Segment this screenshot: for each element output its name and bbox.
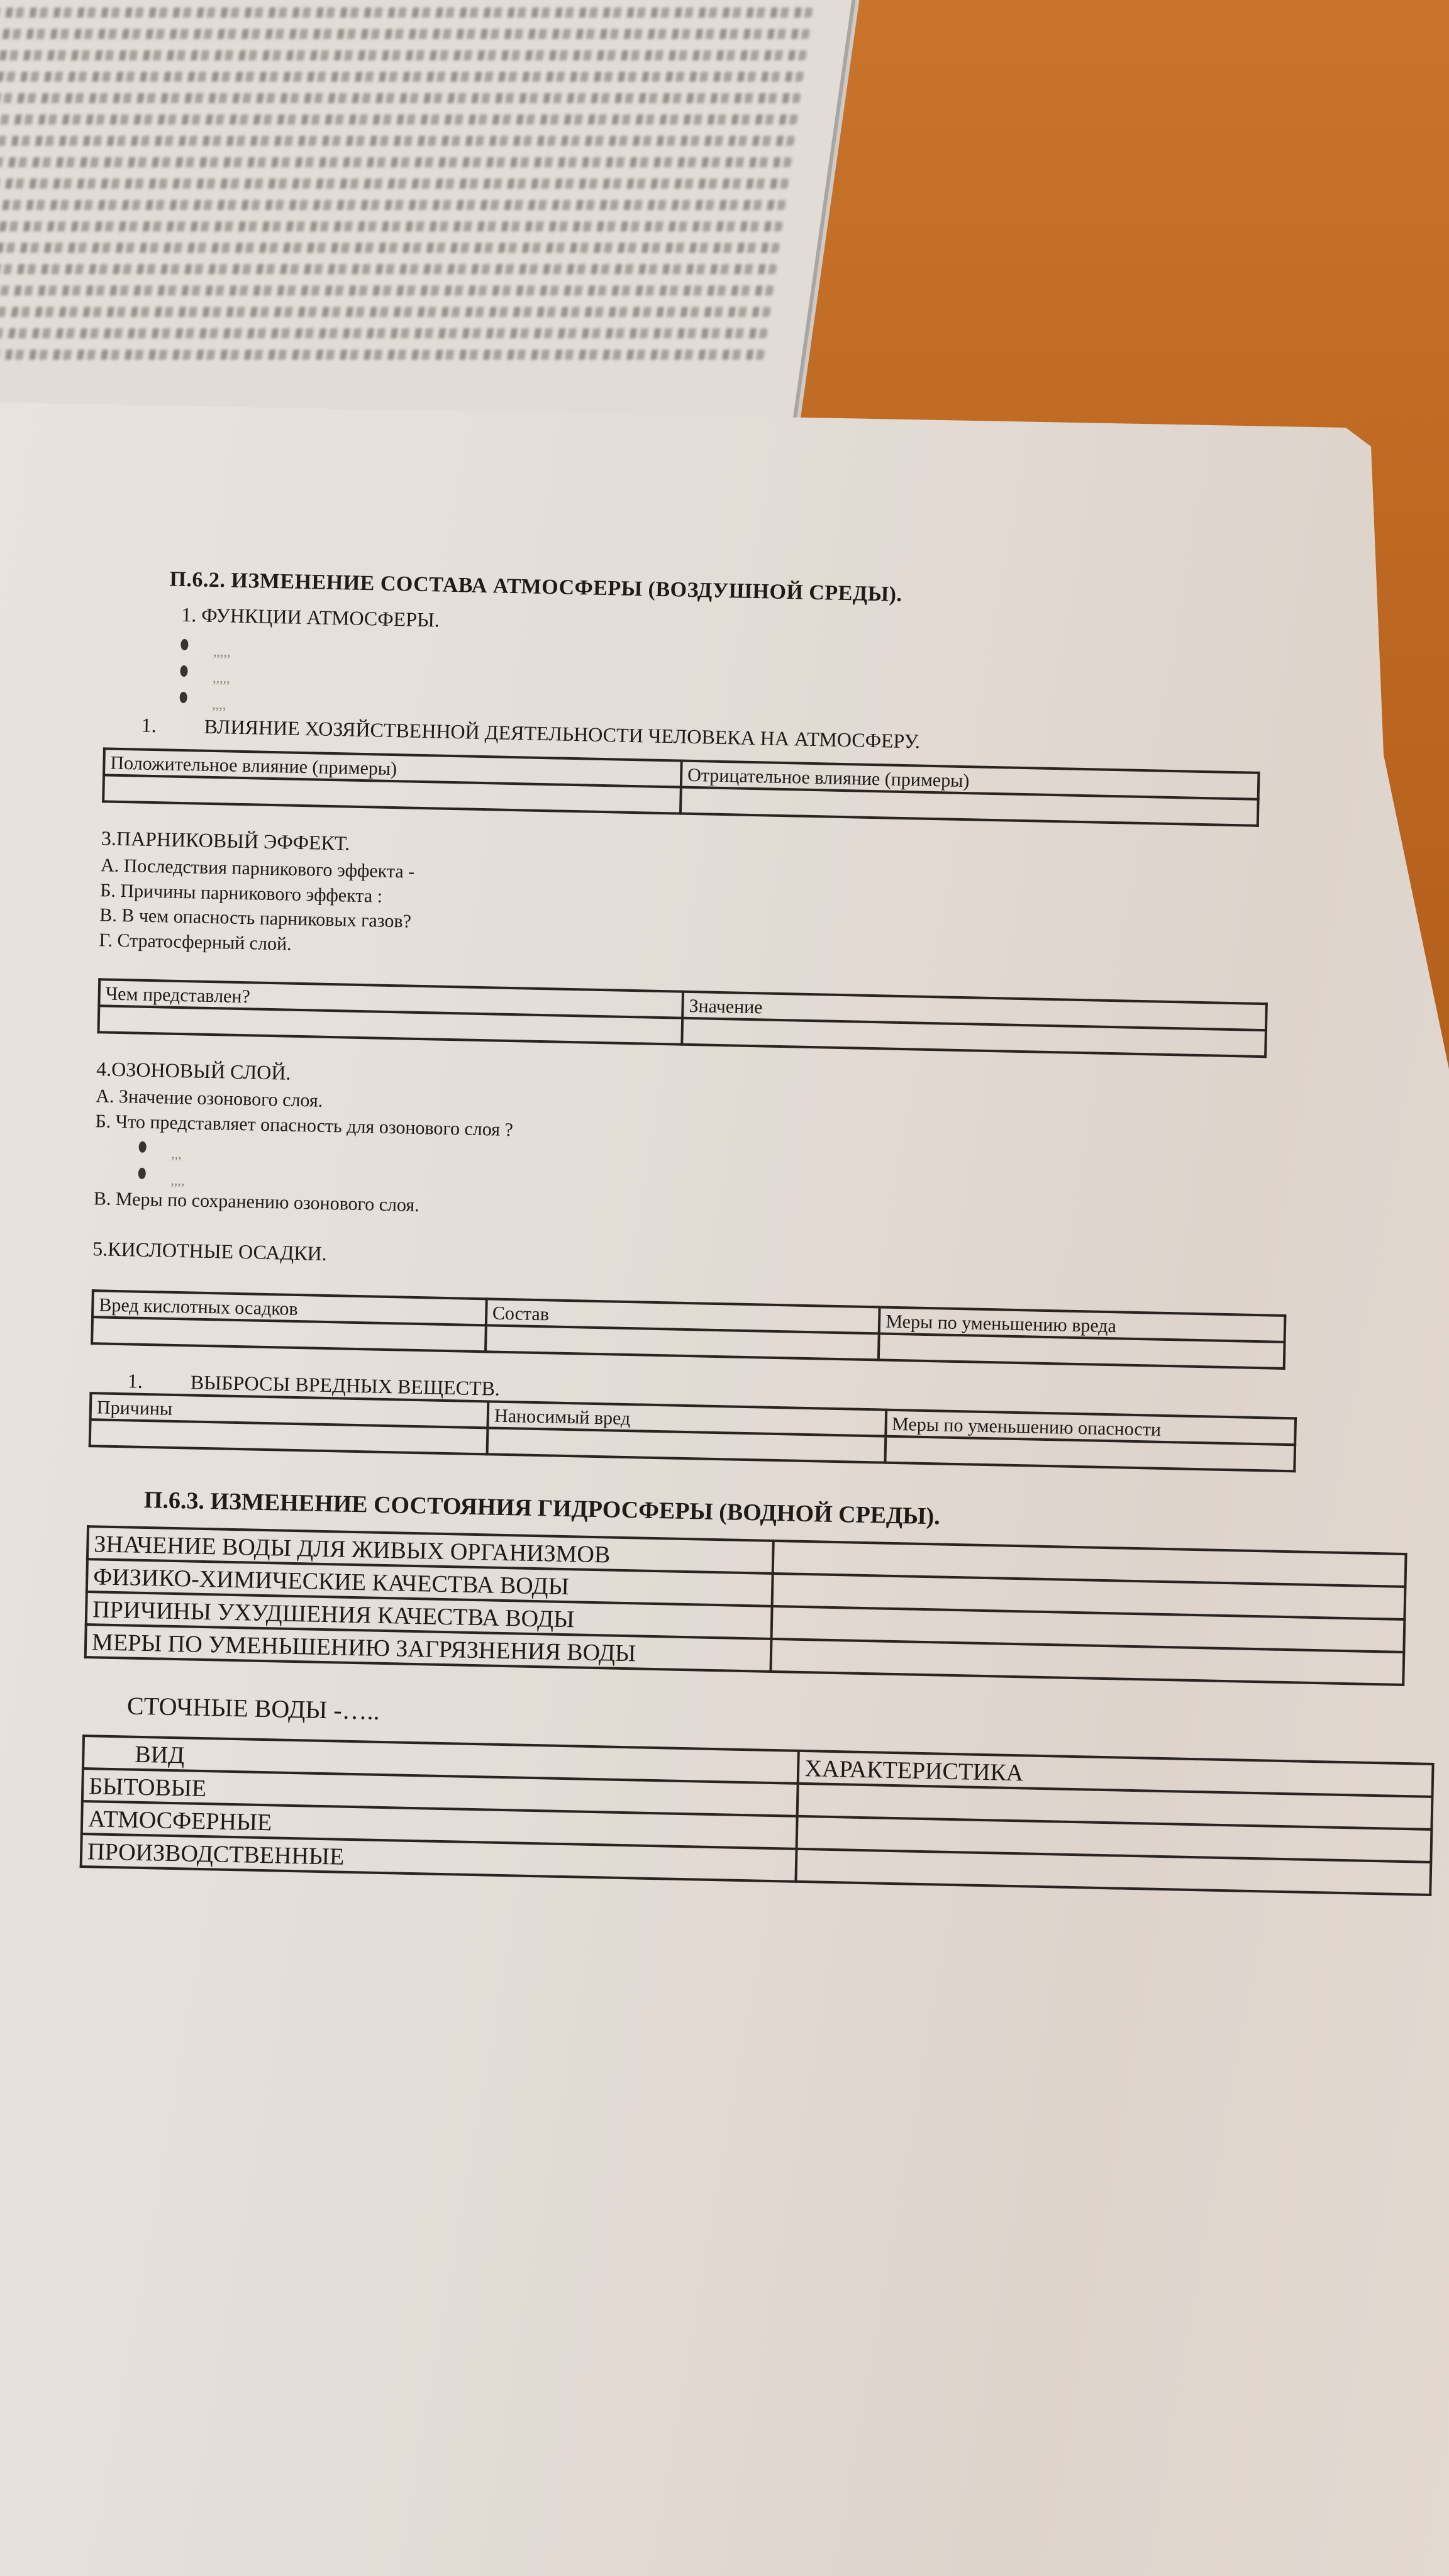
bullet-icon [138, 1168, 146, 1179]
impact-table: Положительное влияние (примеры) Отрицате… [102, 747, 1260, 827]
bullet-icon [180, 639, 188, 650]
bullet-icon [180, 665, 187, 677]
worksheet-content: П.6.2. ИЗМЕНЕНИЕ СОСТАВА АТМОСФЕРЫ (ВОЗД… [67, 566, 1340, 1918]
bullet-icon [138, 1141, 146, 1153]
water-table: ЗНАЧЕНИЕ ВОДЫ ДЛЯ ЖИВЫХ ОРГАНИЗМОВ ФИЗИК… [84, 1525, 1407, 1686]
background-book [0, 0, 855, 428]
wastewater-heading: СТОЧНЫЕ ВОДЫ -….. [127, 1690, 1316, 1745]
bullet-icon [179, 692, 187, 703]
wastewater-table: ВИД ХАРАКТЕРИСТИКА БЫТОВЫЕ АТМОСФЕРНЫЕ П… [80, 1735, 1435, 1896]
